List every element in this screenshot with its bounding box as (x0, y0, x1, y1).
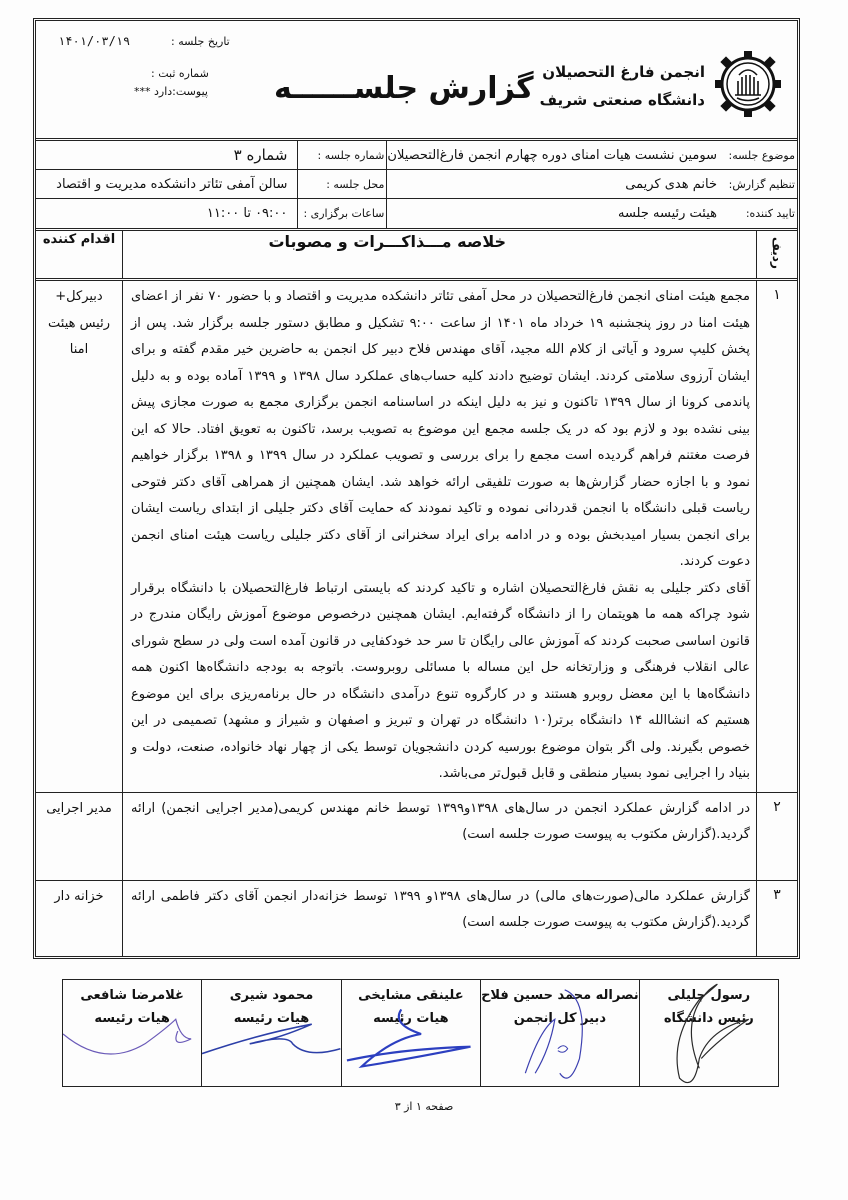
meeting-time: ۰۹:۰۰ تا ۱۱:۰۰ (207, 206, 297, 221)
report-header: انجمن فارغ التحصیلان دانشگاه صنعتی شریف … (36, 21, 797, 141)
approver: هیئت رئیسه جلسه (618, 206, 727, 221)
approver-label: تایید کننده: (727, 207, 797, 220)
location-row: محل جلسه : سالن آمفی تئاتر دانشکده مدیری… (36, 170, 386, 199)
report-frame: انجمن فارغ التحصیلان دانشگاه صنعتی شریف … (33, 18, 800, 959)
subject: سومین نشست هیات امنای دوره چهارم انجمن ف… (387, 148, 727, 163)
row-number: ۳ (757, 880, 798, 956)
signature-cell: رسول جلیلی رئیس دانشگاه (639, 980, 778, 1086)
row-text: گزارش عملکرد مالی(صورت‌های مالی) در سال‌… (123, 880, 757, 956)
row-number: ۱ (757, 280, 798, 793)
location-label: محل جلسه : (297, 170, 386, 198)
meeting-date-label: تاریخ جلسه : (171, 35, 230, 48)
row-actor: دبیرکل+ رئیس هیئت امنا (36, 280, 123, 793)
info-left-column: شماره جلسه : شماره ۳ محل جلسه : سالن آمف… (36, 141, 387, 228)
row-paragraph: مجمع هیئت امنای انجمن فارغ‌التحصیلان در … (131, 284, 750, 576)
reporter: خانم هدی کریمی (625, 177, 727, 192)
sharif-university-logo-icon (713, 49, 783, 119)
info-right-column: موضوع جلسه: سومین نشست هیات امنای دوره چ… (387, 141, 797, 228)
signer-name: رسول جلیلی (640, 988, 778, 1003)
col-radif: ردیف (757, 231, 798, 280)
signer-role: رئیس دانشگاه (640, 1011, 778, 1026)
org-name: انجمن فارغ التحصیلان (542, 63, 705, 81)
location: سالن آمفی تئاتر دانشکده مدیریت و اقتصاد (56, 177, 297, 192)
registration-no-label: شماره ثبت : (151, 67, 209, 80)
subject-label: موضوع جلسه: (727, 149, 797, 162)
meeting-info: شماره جلسه : شماره ۳ محل جلسه : سالن آمف… (36, 141, 797, 231)
signer-name: محمود شیری (202, 988, 340, 1003)
signer-name: غلامرضا شافعی (63, 988, 201, 1003)
table-row: ۱ مجمع هیئت امنای انجمن فارغ‌التحصیلان د… (36, 280, 797, 793)
signer-role: هیات رئیسه (342, 1011, 480, 1026)
subject-row: موضوع جلسه: سومین نشست هیات امنای دوره چ… (387, 141, 797, 170)
row-paragraph: آقای دکتر جلیلی به نقش فارغ‌التحصیلان اش… (131, 576, 750, 788)
session-number-row: شماره جلسه : شماره ۳ (36, 141, 386, 170)
signature-table: رسول جلیلی رئیس دانشگاه نصراله محمد حسین… (62, 979, 779, 1087)
col-radif-label: ردیف (770, 237, 784, 269)
signature-cell: علینقی مشایخی هیات رئیسه (341, 980, 480, 1086)
session-number: شماره ۳ (234, 146, 298, 164)
row-actor: خزانه دار (36, 880, 123, 956)
signer-role: دبیر کل انجمن (481, 1011, 639, 1026)
signature-cell: غلامرضا شافعی هیات رئیسه (63, 980, 201, 1086)
signer-name: علینقی مشایخی (342, 988, 480, 1003)
attachment-label: پیوست:دارد *** (134, 85, 208, 98)
signature-cell: نصراله محمد حسین فلاح دبیر کل انجمن (480, 980, 639, 1086)
table-row: ۳ گزارش عملکرد مالی(صورت‌های مالی) در سا… (36, 880, 797, 956)
signer-role: هیات رئیسه (63, 1011, 201, 1026)
minutes-table: ردیف خلاصه مـــذاکـــرات و مصوبات اقدام … (36, 231, 797, 956)
signature-cell: محمود شیری هیات رئیسه (201, 980, 340, 1086)
page-title: گزارش جلســــــه (274, 71, 534, 106)
row-text: مجمع هیئت امنای انجمن فارغ‌التحصیلان در … (123, 280, 757, 793)
table-row: ۲ در ادامه گزارش عملکرد انجمن در سال‌های… (36, 792, 797, 880)
row-actor: مدیر اجرایی (36, 792, 123, 880)
time-label: ساعات برگزاری : (297, 199, 386, 228)
time-row: ساعات برگزاری : ۰۹:۰۰ تا ۱۱:۰۰ (36, 199, 386, 228)
university-name: دانشگاه صنعتی شریف (540, 91, 705, 109)
approver-row: تایید کننده: هیئت رئیسه جلسه (387, 199, 797, 228)
reporter-row: تنظیم گزارش: خانم هدی کریمی (387, 170, 797, 199)
page-number: صفحه ۱ از ۳ (0, 1100, 848, 1113)
session-number-label: شماره جلسه : (297, 141, 386, 169)
signer-name: نصراله محمد حسین فلاح (481, 988, 639, 1003)
table-header: ردیف خلاصه مـــذاکـــرات و مصوبات اقدام … (36, 231, 797, 280)
reporter-label: تنظیم گزارش: (727, 178, 797, 191)
row-text: در ادامه گزارش عملکرد انجمن در سال‌های ۱… (123, 792, 757, 880)
col-actor: اقدام کننده (36, 231, 123, 280)
col-summary: خلاصه مـــذاکـــرات و مصوبات (123, 231, 757, 280)
meeting-date: ۱۴۰۱/۰۳/۱۹ (58, 34, 130, 48)
row-number: ۲ (757, 792, 798, 880)
signer-role: هیات رئیسه (202, 1011, 340, 1026)
